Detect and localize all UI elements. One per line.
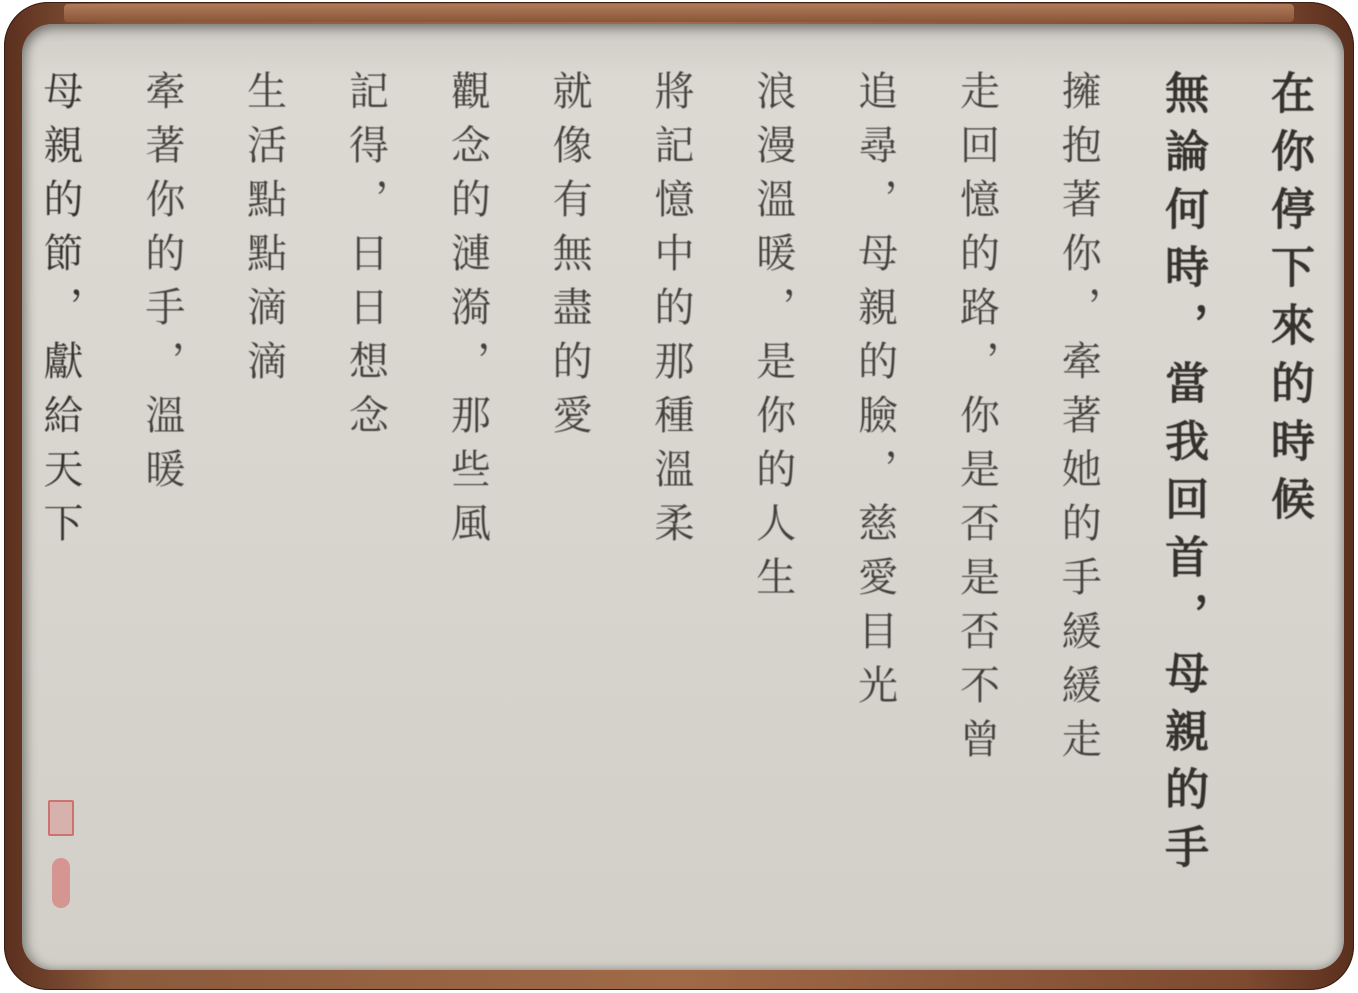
calligraphy-columns: 在你停下來的時候 無論何時，當我回首，母親的手 擁抱著你，牽著她的手緩緩走 走回… bbox=[40, 70, 1310, 950]
calligraphy-column-12: 牽著你的手，溫暖 bbox=[142, 70, 182, 950]
calligraphy-column-2: 無論何時，當我回首，母親的手 bbox=[1160, 70, 1204, 950]
calligraphy-column-7: 將記憶中的那種溫柔 bbox=[651, 70, 691, 950]
calligraphy-column-5: 追尋，母親的臉，慈愛目光 bbox=[855, 70, 895, 950]
calligraphy-column-10: 記得，日日想念 bbox=[345, 70, 385, 950]
frame-top-rail bbox=[64, 4, 1294, 22]
artist-seals bbox=[48, 800, 74, 908]
calligraphy-column-9: 觀念的漣漪，那些風 bbox=[447, 70, 487, 950]
oval-seal-icon bbox=[52, 858, 70, 908]
calligraphy-column-6: 浪漫溫暖，是你的人生 bbox=[753, 70, 793, 950]
calligraphy-column-3: 擁抱著你，牽著她的手緩緩走 bbox=[1058, 70, 1098, 950]
calligraphy-column-4: 走回憶的路，你是否是否不曾 bbox=[956, 70, 996, 950]
calligraphy-column-11: 生活點點滴滴 bbox=[244, 70, 284, 950]
calligraphy-column-1: 在你停下來的時候 bbox=[1266, 70, 1310, 950]
calligraphy-column-8: 就像有無盡的愛 bbox=[549, 70, 589, 950]
square-seal-icon bbox=[48, 800, 74, 836]
